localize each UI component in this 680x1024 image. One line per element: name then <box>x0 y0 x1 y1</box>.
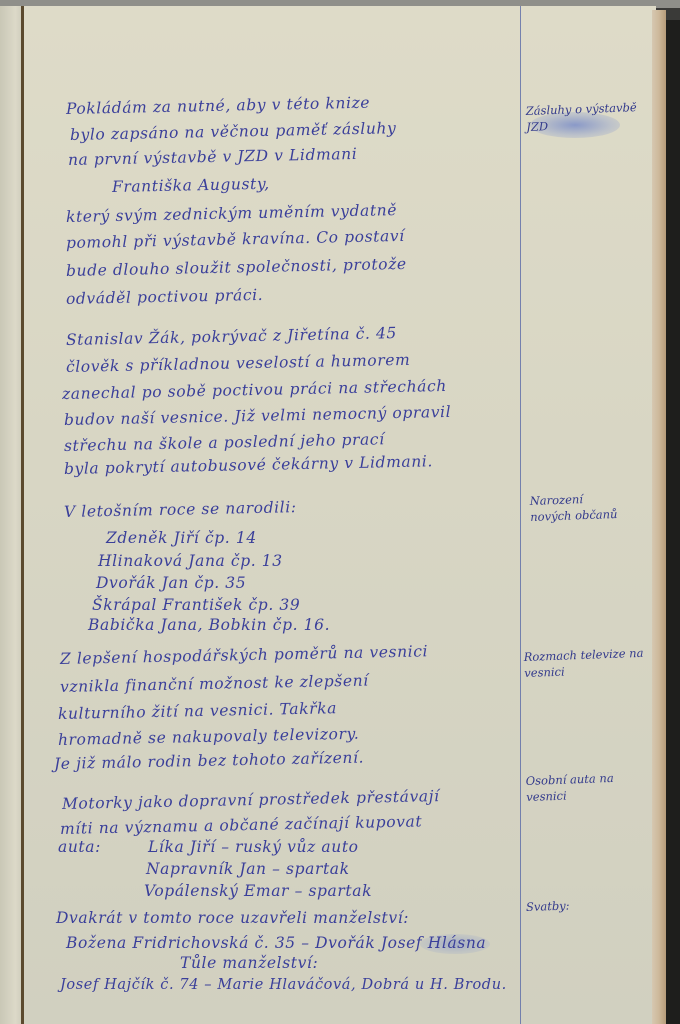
text-line: Tůle manželství: <box>180 956 318 972</box>
margin-note-births: Narození nových občanů <box>529 491 620 525</box>
margin-note-cars: Osobní auta na vesnici <box>525 771 626 806</box>
car-owner-entry: Napravník Jan – spartak <box>146 862 350 878</box>
wedding-entry: Božena Fridrichovská č. 35 – Dvořák Jose… <box>66 936 486 952</box>
car-owner-entry: Líka Jiří – ruský vůz auto <box>148 840 359 856</box>
birth-entry: Hlinaková Jana čp. 13 <box>98 554 283 570</box>
previous-page-edge <box>0 6 22 1024</box>
margin-note-television: Rozmach televize na vesnici <box>523 646 649 681</box>
car-owner-entry: Vopálenský Emar – spartak <box>144 884 372 900</box>
birth-entry: Babička Jana, Bobkin čp. 16. <box>88 618 330 634</box>
margin-note-weddings: Svatby: <box>526 898 570 915</box>
page-stack-edge <box>652 10 666 1024</box>
text-line: Dvakrát v tomto roce uzavřeli manželství… <box>56 911 409 927</box>
birth-entry: Škrápal František čp. 39 <box>92 598 300 614</box>
text-line: Františka Augusty, <box>112 177 270 196</box>
scan-background <box>666 20 680 1024</box>
margin-rule-line <box>520 6 521 1024</box>
wedding-entry: Josef Hajčík č. 74 – Marie Hlaváčová, Do… <box>60 978 507 993</box>
margin-note-merits: Zásluhy o výstavbě JZD <box>525 100 646 135</box>
birth-entry: Zdeněk Jiří čp. 14 <box>106 531 257 547</box>
birth-entry: Dvořák Jan čp. 35 <box>96 576 246 592</box>
text-line: auta: <box>58 840 101 856</box>
